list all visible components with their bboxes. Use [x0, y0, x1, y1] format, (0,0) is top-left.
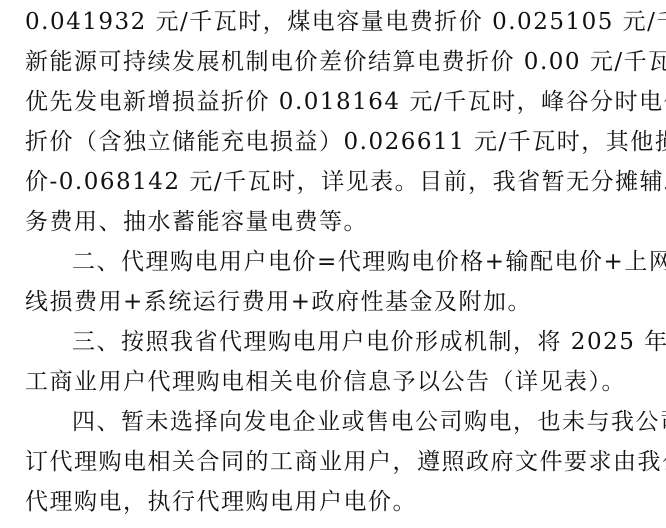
text-line: 新能源可持续发展机制电价差价结算电费折价 0.00 元/千瓦时，: [25, 42, 630, 82]
section-three-heading-line: 三、按照我省代理购电用户电价形成机制，将 2025 年 2 月: [72, 322, 630, 362]
text-line: 优先发电新增损益折价 0.018164 元/千瓦时，峰谷分时电价损益: [25, 82, 630, 122]
section-two-heading-line: 二、代理购电用户电价=代理购电价格+输配电价+上网环节: [72, 242, 630, 282]
text-line: 0.041932 元/千瓦时，煤电容量电费折价 0.025105 元/千瓦时，: [25, 2, 630, 42]
text-line: 线损费用+系统运行费用+政府性基金及附加。: [25, 282, 532, 322]
text-line: 订代理购电相关合同的工商业用户，遵照政府文件要求由我公司: [25, 442, 630, 482]
section-four-heading-line: 四、暂未选择向发电企业或售电公司购电，也未与我公司签: [72, 402, 630, 442]
text-line: 工商业用户代理购电相关电价信息予以公告（详见表）。: [25, 362, 626, 402]
text-line: 代理购电，执行代理购电用户电价。: [25, 482, 417, 522]
text-line: 价-0.068142 元/千瓦时，详见表。目前，我省暂无分摊辅助服: [25, 162, 630, 202]
text-line: 务费用、抽水蓄能容量电费等。: [25, 202, 368, 242]
text-line: 折价（含独立储能充电损益）0.026611 元/千瓦时，其他损益折: [25, 122, 630, 162]
